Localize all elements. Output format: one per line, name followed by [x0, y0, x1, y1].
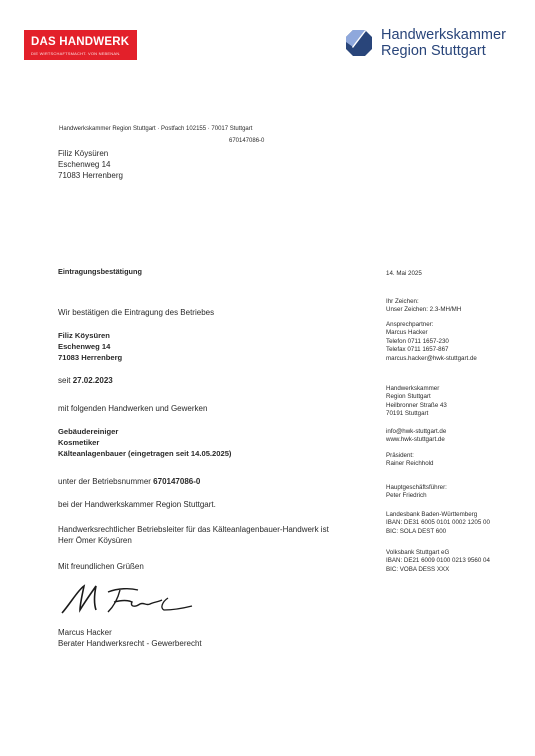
president-block: Präsident: Rainer Reichhold	[386, 452, 433, 469]
since-line: seit 27.02.2023	[58, 375, 113, 386]
ceo-name: Peter Friedrich	[386, 492, 447, 500]
recipient-street: Eschenweg 14	[58, 159, 123, 170]
org-line: Handwerkskammer	[386, 385, 447, 393]
contact-block: Ansprechpartner: Marcus Hacker Telefon 0…	[386, 321, 477, 363]
bank-iban: IBAN: DE21 6009 0100 0213 9560 04	[386, 557, 490, 565]
trade-item: Kosmetiker	[58, 437, 231, 448]
since-prefix: seit	[58, 376, 70, 385]
hwk-line1: Handwerkskammer	[381, 27, 506, 43]
business-name: Filiz Köysüren	[58, 330, 122, 341]
recipient-address: Filiz Köysüren Eschenweg 14 71083 Herren…	[58, 148, 123, 181]
org-line: Region Stuttgart	[386, 393, 447, 401]
manager-statement: Handwerksrechtlicher Betriebsleiter für …	[58, 524, 329, 546]
ceo-label: Hauptgeschäftsführer:	[386, 484, 447, 492]
contact-email[interactable]: marcus.hacker@hwk-stuttgart.de	[386, 355, 477, 363]
manager-line2: Herr Ömer Köysüren	[58, 535, 329, 546]
ihr-zeichen: Ihr Zeichen:	[386, 298, 461, 306]
bank-bic: BIC: SOLA DEST 600	[386, 528, 490, 536]
logo-title: DAS HANDWERK	[31, 36, 129, 48]
trade-item: Gebäudereiniger	[58, 426, 231, 437]
signer-title: Berater Handwerksrecht - Gewerberecht	[58, 638, 202, 649]
trades-intro: mit folgenden Handwerken und Gewerken	[58, 403, 207, 414]
das-handwerk-logo: DAS HANDWERK DIE WIRTSCHAFTSMACHT. VON N…	[24, 30, 137, 60]
bank-iban: IBAN: DE31 6005 0101 0002 1205 00	[386, 519, 490, 527]
business-city: 71083 Herrenberg	[58, 352, 122, 363]
sender-ref: 670147086-0	[229, 138, 264, 144]
contact-label: Ansprechpartner:	[386, 321, 477, 329]
sender-line: Handwerkskammer Region Stuttgart · Postf…	[59, 126, 252, 132]
trades-list: Gebäudereiniger Kosmetiker Kälteanlagenb…	[58, 426, 231, 459]
bank-name: Volksbank Stuttgart eG	[386, 549, 490, 557]
president-label: Präsident:	[386, 452, 433, 460]
contact-phone: Telefon 0711 1657-230	[386, 338, 477, 346]
manager-line1: Handwerksrechtlicher Betriebsleiter für …	[58, 524, 329, 535]
hwk-octagon-icon	[344, 28, 374, 63]
signer-name: Marcus Hacker	[58, 627, 202, 638]
number-line: unter der Betriebsnummer 670147086-0	[58, 476, 200, 487]
bank1-block: Landesbank Baden-Württemberg IBAN: DE31 …	[386, 511, 490, 536]
reference-block: Ihr Zeichen: Unser Zeichen: 2.3-MH/MH	[386, 298, 461, 315]
logo-tagline: DIE WIRTSCHAFTSMACHT. VON NEBENAN.	[31, 51, 121, 56]
org-contact: info@hwk-stuttgart.de www.hwk-stuttgart.…	[386, 428, 446, 445]
ceo-block: Hauptgeschäftsführer: Peter Friedrich	[386, 484, 447, 501]
hwk-logo-text: Handwerkskammer Region Stuttgart	[381, 27, 506, 59]
bank-name: Landesbank Baden-Württemberg	[386, 511, 490, 519]
org-line: 70191 Stuttgart	[386, 410, 447, 418]
business-street: Eschenweg 14	[58, 341, 122, 352]
since-date: 27.02.2023	[73, 376, 113, 385]
hwk-line2: Region Stuttgart	[381, 43, 506, 59]
president-name: Rainer Reichhold	[386, 460, 433, 468]
letter-date: 14. Mai 2025	[386, 270, 422, 278]
contact-fax: Telefax 0711 1657-867	[386, 346, 477, 354]
unser-zeichen: Unser Zeichen: 2.3-MH/MH	[386, 306, 461, 314]
subject: Eintragungsbestätigung	[58, 266, 142, 277]
business-address: Filiz Köysüren Eschenweg 14 71083 Herren…	[58, 330, 122, 363]
recipient-name: Filiz Köysüren	[58, 148, 123, 159]
org-website[interactable]: www.hwk-stuttgart.de	[386, 436, 446, 444]
chamber-line: bei der Handwerkskammer Region Stuttgart…	[58, 499, 216, 510]
org-address: Handwerkskammer Region Stuttgart Heilbro…	[386, 385, 447, 419]
intro: Wir bestätigen die Eintragung des Betrie…	[58, 307, 214, 318]
recipient-city: 71083 Herrenberg	[58, 170, 123, 181]
bank2-block: Volksbank Stuttgart eG IBAN: DE21 6009 0…	[386, 549, 490, 574]
org-email[interactable]: info@hwk-stuttgart.de	[386, 428, 446, 436]
bank-bic: BIC: VOBA DESS XXX	[386, 566, 490, 574]
signer-block: Marcus Hacker Berater Handwerksrecht - G…	[58, 627, 202, 649]
signature	[58, 580, 198, 625]
trade-item: Kälteanlagenbauer (eingetragen seit 14.0…	[58, 448, 231, 459]
number-prefix: unter der Betriebsnummer	[58, 477, 151, 486]
contact-name: Marcus Hacker	[386, 329, 477, 337]
closing: Mit freundlichen Grüßen	[58, 561, 144, 572]
org-line: Heilbronner Straße 43	[386, 402, 447, 410]
business-number: 670147086-0	[153, 477, 200, 486]
